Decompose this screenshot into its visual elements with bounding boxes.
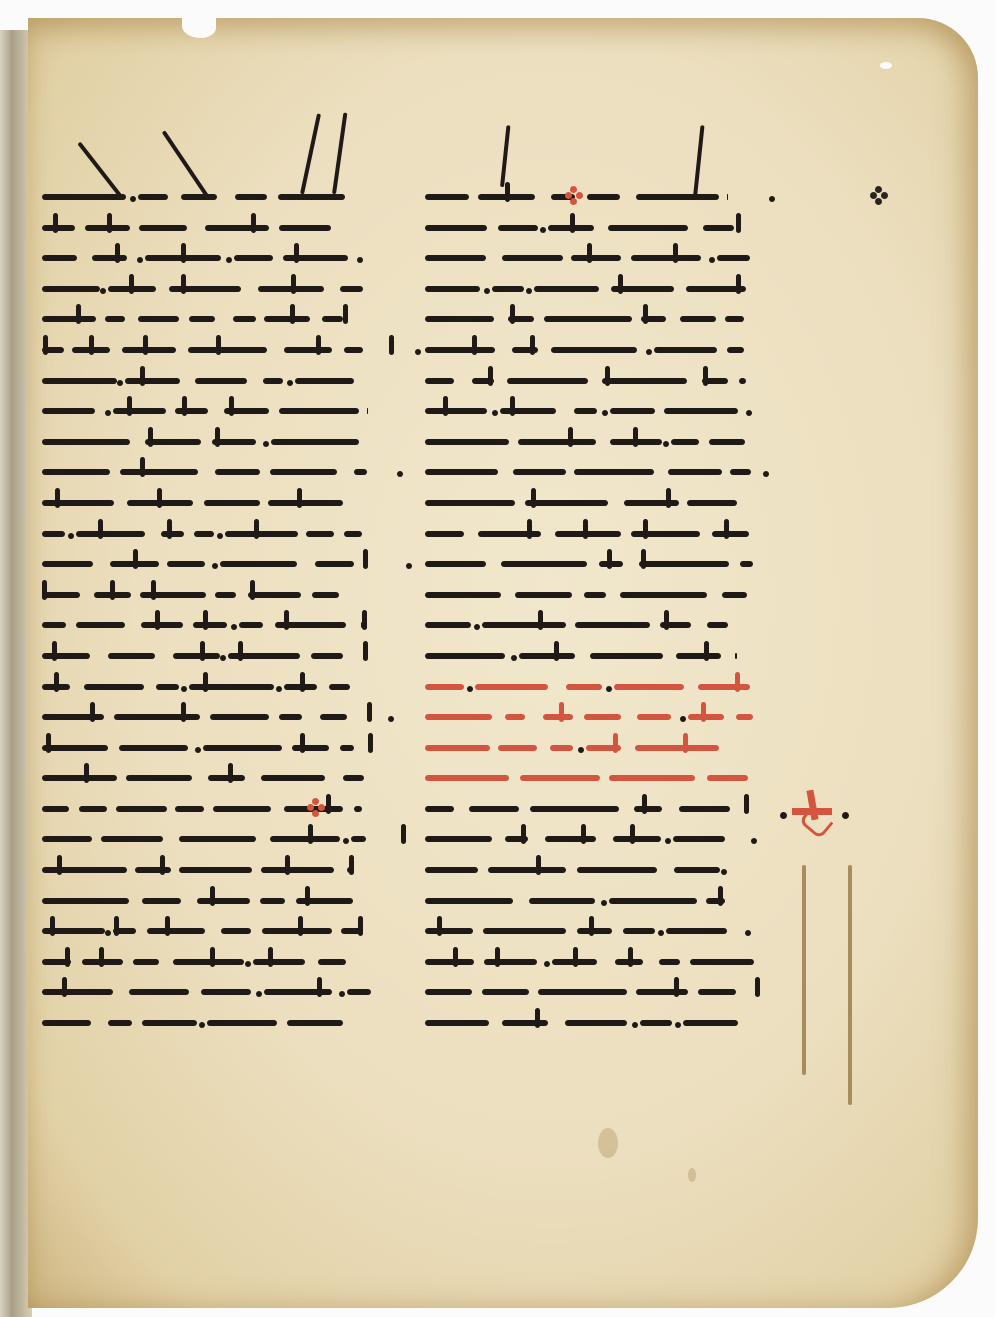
script-line [42, 761, 387, 792]
script-line [425, 241, 770, 272]
script-line [42, 639, 387, 670]
script-line [425, 394, 770, 425]
parchment-hole [880, 62, 892, 69]
script-line [42, 272, 387, 303]
script-line [42, 578, 387, 609]
script-line [425, 547, 770, 578]
script-line [42, 914, 387, 945]
script-line [42, 1006, 387, 1037]
marginal-note-line [802, 865, 806, 1075]
script-line [42, 670, 387, 701]
marginal-note-line [848, 865, 852, 1105]
script-line [42, 822, 387, 853]
script-line [42, 333, 387, 364]
script-line [42, 853, 387, 884]
right-text-column [425, 180, 770, 1037]
script-line [425, 333, 770, 364]
script-line [425, 853, 770, 884]
script-line [425, 272, 770, 303]
left-text-column [42, 180, 387, 1037]
dot [842, 812, 849, 819]
script-line [425, 731, 770, 762]
script-line [425, 700, 770, 731]
script-line [42, 792, 387, 823]
script-line [42, 608, 387, 639]
script-line [425, 884, 770, 915]
script-line [425, 945, 770, 976]
script-line [42, 180, 387, 211]
script-line [42, 700, 387, 731]
script-line [42, 517, 387, 548]
marginal-note [770, 790, 880, 1090]
script-line [425, 455, 770, 486]
script-line [425, 822, 770, 853]
script-line [425, 975, 770, 1006]
script-line [42, 731, 387, 762]
script-line [425, 486, 770, 517]
torn-edge [182, 16, 216, 38]
script-line [42, 975, 387, 1006]
script-line [42, 364, 387, 395]
red-rosette-ornament [307, 798, 325, 816]
script-line [42, 486, 387, 517]
script-line [425, 180, 770, 211]
script-line [42, 884, 387, 915]
red-rosette-ornament [565, 186, 583, 204]
script-line [425, 302, 770, 333]
script-line [425, 211, 770, 242]
script-line [425, 1006, 770, 1037]
script-line [425, 608, 770, 639]
stain [598, 1128, 618, 1158]
rosette-ornament [870, 186, 888, 204]
script-line [42, 211, 387, 242]
script-line [425, 578, 770, 609]
red-cross-mark [792, 790, 832, 830]
stain [688, 1168, 696, 1182]
script-line [42, 394, 387, 425]
script-line [425, 761, 770, 792]
script-line [42, 302, 387, 333]
script-line [42, 455, 387, 486]
script-line [42, 547, 387, 578]
script-line [42, 945, 387, 976]
dot [780, 812, 787, 819]
script-line [425, 792, 770, 823]
script-line [425, 639, 770, 670]
script-line [42, 425, 387, 456]
script-line [425, 364, 770, 395]
script-line [425, 670, 770, 701]
script-line [425, 425, 770, 456]
script-line [425, 517, 770, 548]
script-line [425, 914, 770, 945]
script-line [42, 241, 387, 272]
